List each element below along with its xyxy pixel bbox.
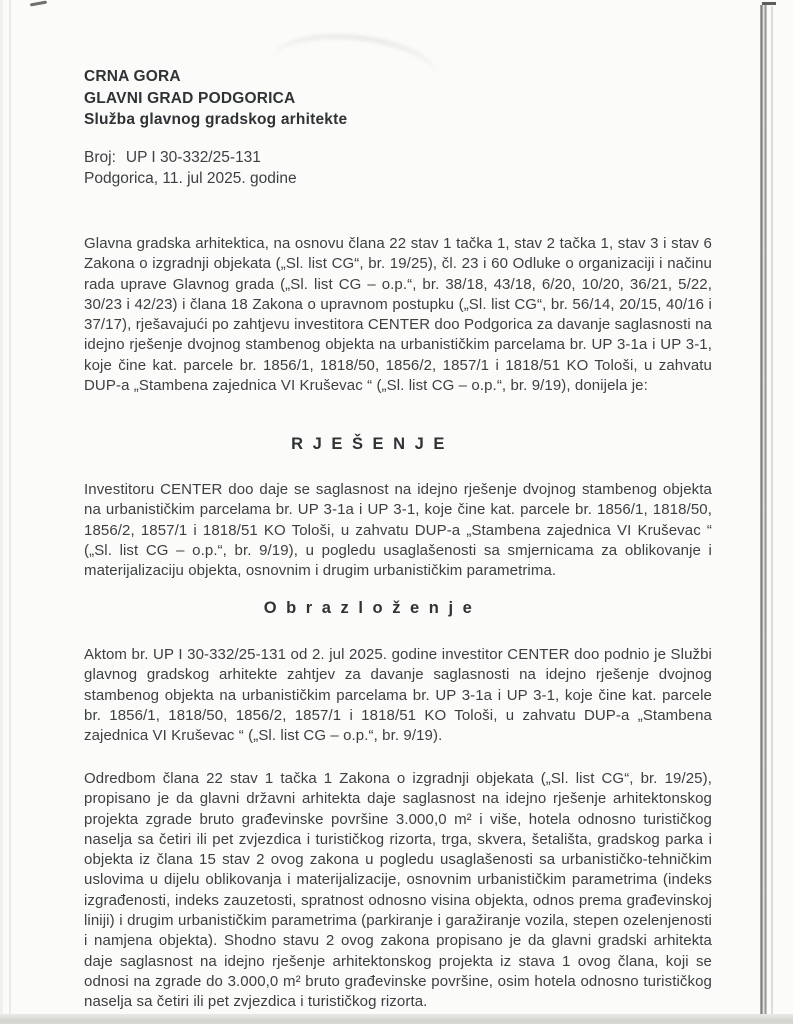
document-meta: Broj:UP I 30-332/25-131 Podgorica, 11. j…: [84, 147, 712, 189]
decision-heading: R J E Š E N J E: [84, 435, 654, 454]
scan-bottom-edge-band: [0, 1014, 793, 1024]
scan-right-vertical-line: [760, 5, 767, 1015]
scan-right-vertical-line-faint: [771, 6, 773, 1014]
intro-paragraph: Glavna gradska arhitektica, na osnovu čl…: [84, 234, 712, 396]
org-country: CRNA GORA: [84, 66, 712, 88]
explanation-heading: O b r a z l o ž e n j e: [84, 599, 654, 618]
decision-paragraph: Investitoru CENTER doo daje se saglasnos…: [84, 480, 712, 581]
scan-left-edge-line: [9, 0, 11, 1024]
doc-number-line: Broj:UP I 30-332/25-131: [84, 147, 712, 168]
scanned-document-page: CRNA GORA GLAVNI GRAD PODGORICA Služba g…: [0, 0, 793, 1024]
doc-number-value: UP I 30-332/25-131: [126, 149, 261, 166]
doc-number-label: Broj:: [84, 149, 116, 166]
doc-place-date: Podgorica, 11. jul 2025. godine: [84, 168, 712, 189]
scan-top-right-mark: [762, 2, 776, 5]
explanation-paragraph: Aktom br. UP I 30-332/25-131 od 2. jul 2…: [84, 645, 712, 746]
scan-top-left-mark: [30, 1, 47, 7]
org-city: GLAVNI GRAD PODGORICA: [84, 88, 712, 110]
explanation-paragraph: Odredbom člana 22 stav 1 tačka 1 Zakona …: [84, 769, 712, 1013]
org-office: Služba glavnog gradskog arhitekte: [84, 109, 712, 131]
letterhead: CRNA GORA GLAVNI GRAD PODGORICA Služba g…: [84, 66, 712, 131]
scan-left-edge-shading: [0, 0, 3, 1024]
